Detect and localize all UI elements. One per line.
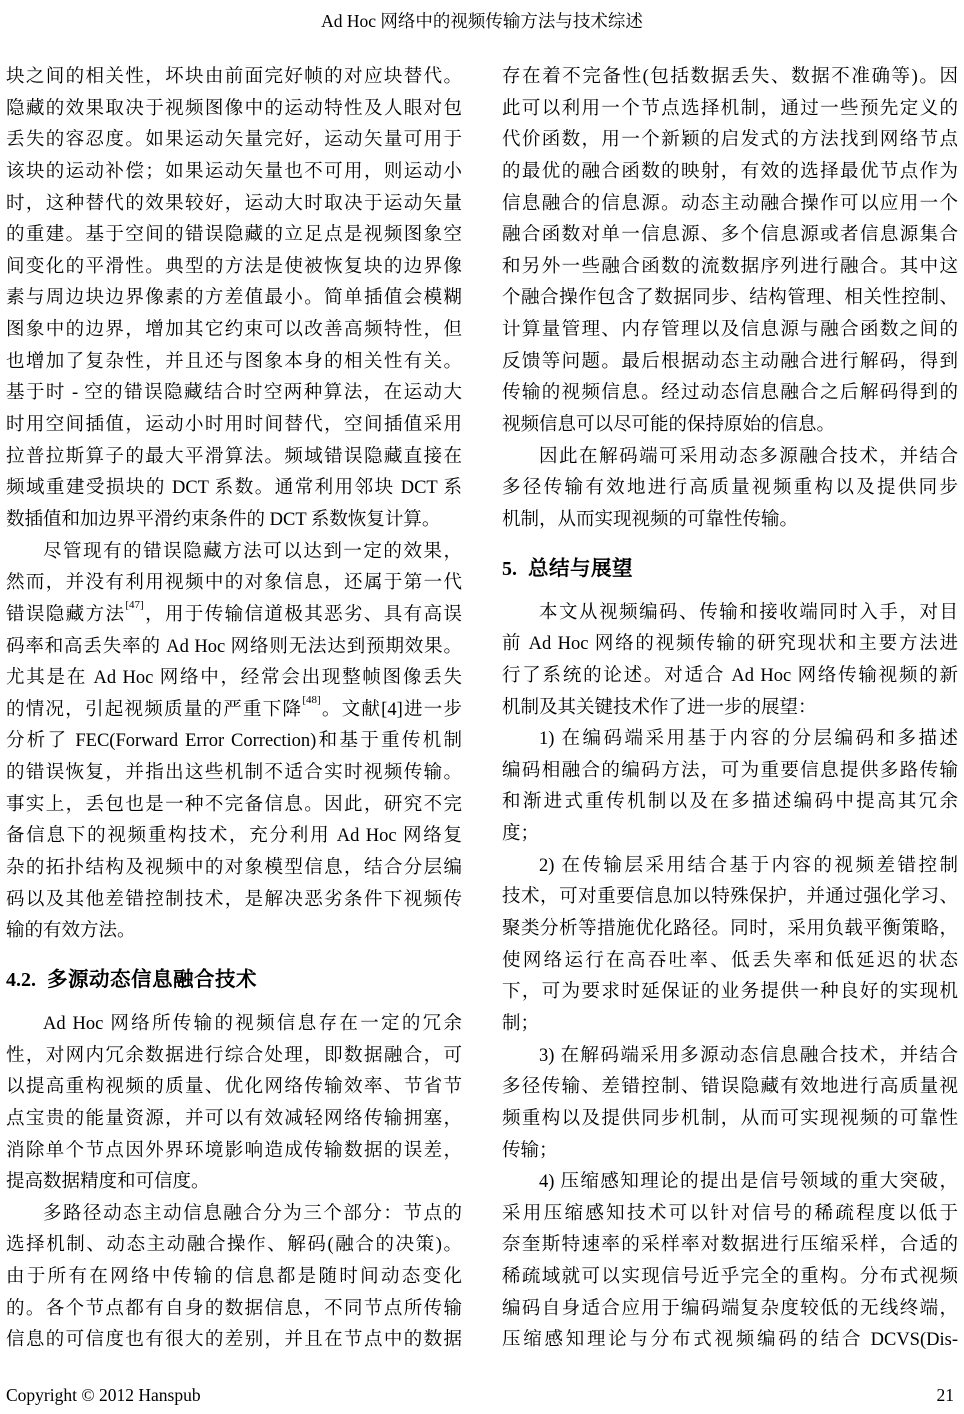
text-line: 行了系统的论述。对适合 Ad Hoc 网络传输视频的新 bbox=[502, 661, 958, 693]
text-line: 输的有效方法。 bbox=[6, 916, 462, 948]
text-line: 因此在解码端可采用动态多源融合技术，并结合 bbox=[502, 442, 958, 474]
text-line: 基于时 - 空的错误隐藏结合时空两种算法，在运动大 bbox=[6, 378, 462, 410]
text-line: 码以及其他差错控制技术，是解决恶劣条件下视频传 bbox=[6, 885, 462, 917]
text-line: 奈奎斯特速率的采样率对数据进行压缩采样，合适的 bbox=[502, 1230, 958, 1262]
text-line: 块之间的相关性，坏块由前面完好帧的对应块替代。 bbox=[6, 62, 462, 94]
text-line: 频重构以及提供同步机制，从而可实现视频的可靠性 bbox=[502, 1104, 958, 1136]
text-line: 的最优的融合函数的映射，有效的选择最优节点作为 bbox=[502, 157, 958, 189]
text-line: 代价函数，用一个新颖的启发式的方法找到网络节点 bbox=[502, 125, 958, 157]
text-line: 该块的运动补偿；如果运动矢量也不可用，则运动小 bbox=[6, 157, 462, 189]
text-line: 此可以利用一个节点选择机制，通过一些预先定义的 bbox=[502, 94, 958, 126]
section-heading: 5.总结与展望 bbox=[502, 554, 958, 584]
text-line: 时用空间插值，运动小时用时间替代，空间插值采用 bbox=[6, 410, 462, 442]
page-footer: Copyright © 2012 Hanspub 21 bbox=[6, 1384, 954, 1406]
text-line: 的重建。基于空间的错误隐藏的立足点是视频图象空 bbox=[6, 220, 462, 252]
text-line: 然而，并没有利用视频中的对象信息，还属于第一代 bbox=[6, 568, 462, 600]
text-line: 传输的视频信息。经过动态信息融合之后解码得到的 bbox=[502, 378, 958, 410]
copyright-notice: Copyright © 2012 Hanspub bbox=[6, 1384, 201, 1406]
text-line: 信息的可信度也有很大的差别，并且在节点中的数据 bbox=[6, 1325, 462, 1357]
text-line: 杂的拓扑结构及视频中的对象模型信息，结合分层编 bbox=[6, 853, 462, 885]
text-line: 丢失的容忍度。如果运动矢量完好，运动矢量可用于 bbox=[6, 125, 462, 157]
text-line: 机制及其关键技术作了进一步的展望： bbox=[502, 693, 958, 725]
paper-page: Ad Hoc 网络中的视频传输方法与技术综述 块之间的相关性，坏块由前面完好帧的… bbox=[0, 0, 964, 1414]
text-line: 多路径动态主动信息融合分为三个部分：节点的 bbox=[6, 1199, 462, 1231]
text-line: 前 Ad Hoc 网络的视频传输的研究现状和主要方法进 bbox=[502, 629, 958, 661]
text-line: 存在着不完备性(包括数据丢失、数据不准确等)。因 bbox=[502, 62, 958, 94]
text-line: 分析了 FEC(Forward Error Correction)和基于重传机制 bbox=[6, 726, 462, 758]
text-line: 多径传输有效地进行高质量视频重构以及提供同步 bbox=[502, 473, 958, 505]
text-line: 的情况，引起视频质量的严重下降[48]。文献[4]进一步 bbox=[6, 695, 462, 727]
text-line: 拉普拉斯算子的最大平滑算法。频域错误隐藏直接在 bbox=[6, 442, 462, 474]
text-line: 消除单个节点因外界环境影响造成传输数据的误差， bbox=[6, 1136, 462, 1168]
section-number: 4.2. bbox=[6, 969, 36, 991]
paragraph: 4) 压缩感知理论的提出是信号领域的重大突破，采用压缩感知技术可以针对信号的稀疏… bbox=[502, 1167, 958, 1357]
text-line: 编码自身适合应用于编码端复杂度较低的无线终端， bbox=[502, 1294, 958, 1326]
page-number: 21 bbox=[937, 1384, 955, 1406]
text-line: 3) 在解码端采用多源动态信息融合技术，并结合 bbox=[502, 1041, 958, 1073]
text-line: 技术，可对重要信息加以特殊保护，并通过强化学习、 bbox=[502, 882, 958, 914]
text-line: 性，对网内冗余数据进行综合处理，即数据融合，可 bbox=[6, 1041, 462, 1073]
paragraph: 尽管现有的错误隐藏方法可以达到一定的效果，然而，并没有利用视频中的对象信息，还属… bbox=[6, 537, 462, 948]
section-title: 多源动态信息融合技术 bbox=[47, 968, 257, 991]
text-line: 机制，从而实现视频的可靠性传输。 bbox=[502, 505, 958, 537]
citation-ref: [47] bbox=[125, 600, 143, 611]
text-line: 视频信息可以尽可能的保持原始的信息。 bbox=[502, 410, 958, 442]
paragraph: 本文从视频编码、传输和接收端同时入手，对目前 Ad Hoc 网络的视频传输的研究… bbox=[502, 598, 958, 725]
text-line: 素与周边块边界像素的方差值最小。简单插值会模糊 bbox=[6, 283, 462, 315]
text-line: 事实上，丢包也是一种不完备信息。因此，研究不完 bbox=[6, 790, 462, 822]
text-line: 图象中的边界，增加其它约束可以改善高频特性，但 bbox=[6, 315, 462, 347]
paragraph: 因此在解码端可采用动态多源融合技术，并结合多径传输有效地进行高质量视频重构以及提… bbox=[502, 442, 958, 537]
text-line: 下，可为要求时延保证的业务提供一种良好的实现机 bbox=[502, 977, 958, 1009]
text-line: Ad Hoc 网络所传输的视频信息存在一定的冗余 bbox=[6, 1009, 462, 1041]
text-line: 码率和高丢失率的 Ad Hoc 网络则无法达到预期效果。 bbox=[6, 632, 462, 664]
text-line: 也增加了复杂性，并且还与图象本身的相关性有关。 bbox=[6, 347, 462, 379]
section-number: 5. bbox=[502, 558, 517, 580]
text-line: 时，这种替代的效果较好，运动大时取决于运动矢量 bbox=[6, 189, 462, 221]
citation-ref: [48] bbox=[302, 695, 320, 706]
text-line: 反馈等问题。最后根据动态主动融合进行解码，得到 bbox=[502, 347, 958, 379]
text-line: 1) 在编码端采用基于内容的分层编码和多描述 bbox=[502, 724, 958, 756]
paragraph: 多路径动态主动信息融合分为三个部分：节点的选择机制、动态主动融合操作、解码(融合… bbox=[6, 1199, 462, 1357]
paragraph: 1) 在编码端采用基于内容的分层编码和多描述编码相融合的编码方法，可为重要信息提… bbox=[502, 724, 958, 851]
text-line: 传输； bbox=[502, 1136, 958, 1168]
paragraph: 块之间的相关性，坏块由前面完好帧的对应块替代。隐藏的效果取决于视频图像中的运动特… bbox=[6, 62, 462, 537]
text-line: 本文从视频编码、传输和接收端同时入手，对目 bbox=[502, 598, 958, 630]
text-line: 稀疏域就可以实现信号近乎完全的重构。分布式视频 bbox=[502, 1262, 958, 1294]
text-line: 点宝贵的能量资源，并可以有效减轻网络传输拥塞， bbox=[6, 1104, 462, 1136]
left-column: 块之间的相关性，坏块由前面完好帧的对应块替代。隐藏的效果取决于视频图像中的运动特… bbox=[6, 62, 462, 1357]
paragraph: 2) 在传输层采用结合基于内容的视频差错控制技术，可对重要信息加以特殊保护，并通… bbox=[502, 851, 958, 1041]
text-line: 个融合操作包含了数据同步、结构管理、相关性控制、 bbox=[502, 283, 958, 315]
text-line: 和渐进式重传机制以及在多描述编码中提高其冗余 bbox=[502, 787, 958, 819]
paragraph: Ad Hoc 网络所传输的视频信息存在一定的冗余性，对网内冗余数据进行综合处理，… bbox=[6, 1009, 462, 1199]
text-line: 计算量管理、内存管理以及信息源与融合函数之间的 bbox=[502, 315, 958, 347]
text-line: 压缩感知理论与分布式视频编码的结合 DCVS(Dis- bbox=[502, 1325, 958, 1357]
paragraph: 存在着不完备性(包括数据丢失、数据不准确等)。因此可以利用一个节点选择机制，通过… bbox=[502, 62, 958, 442]
text-line: 尽管现有的错误隐藏方法可以达到一定的效果， bbox=[6, 537, 462, 569]
text-line: 和另外一些融合函数的流数据序列进行融合。其中这 bbox=[502, 252, 958, 284]
text-line: 数插值和加边界平滑约束条件的 DCT 系数恢复计算。 bbox=[6, 505, 462, 537]
paragraph: 3) 在解码端采用多源动态信息融合技术，并结合多径传输、差错控制、错误隐藏有效地… bbox=[502, 1041, 958, 1168]
text-line: 聚类分析等措施优化路径。同时，采用负载平衡策略， bbox=[502, 914, 958, 946]
text-line: 制； bbox=[502, 1009, 958, 1041]
section-heading: 4.2.多源动态信息融合技术 bbox=[6, 965, 462, 995]
text-line: 度； bbox=[502, 819, 958, 851]
text-line: 尤其是在 Ad Hoc 网络中，经常会出现整帧图像丢失 bbox=[6, 663, 462, 695]
text-line: 间变化的平滑性。典型的方法是使被恢复块的边界像 bbox=[6, 252, 462, 284]
text-line: 以提高重构视频的质量、优化网络传输效率、节省节 bbox=[6, 1072, 462, 1104]
text-line: 选择机制、动态主动融合操作、解码(融合的决策)。 bbox=[6, 1230, 462, 1262]
text-line: 信息融合的信息源。动态主动融合操作可以应用一个 bbox=[502, 189, 958, 221]
paper-title: Ad Hoc 网络中的视频传输方法与技术综述 bbox=[321, 11, 643, 31]
text-line: 隐藏的效果取决于视频图像中的运动特性及人眼对包 bbox=[6, 94, 462, 126]
text-line: 错误隐藏方法[47]，用于传输信道极其恶劣、具有高误 bbox=[6, 600, 462, 632]
text-line: 采用压缩感知技术可以针对信号的稀疏程度以低于 bbox=[502, 1199, 958, 1231]
text-line: 的。各个节点都有自身的数据信息，不同节点所传输 bbox=[6, 1294, 462, 1326]
right-column: 存在着不完备性(包括数据丢失、数据不准确等)。因此可以利用一个节点选择机制，通过… bbox=[502, 62, 958, 1357]
text-line: 的错误恢复，并指出这些机制不适合实时视频传输。 bbox=[6, 758, 462, 790]
text-line: 融合函数对单一信息源、多个信息源或者信息源集合 bbox=[502, 220, 958, 252]
text-line: 编码相融合的编码方法，可为重要信息提供多路传输 bbox=[502, 756, 958, 788]
two-column-body: 块之间的相关性，坏块由前面完好帧的对应块替代。隐藏的效果取决于视频图像中的运动特… bbox=[0, 62, 964, 1357]
text-line: 提高数据精度和可信度。 bbox=[6, 1167, 462, 1199]
text-line: 备信息下的视频重构技术，充分利用 Ad Hoc 网络复 bbox=[6, 821, 462, 853]
running-head: Ad Hoc 网络中的视频传输方法与技术综述 bbox=[0, 0, 964, 32]
text-line: 4) 压缩感知理论的提出是信号领域的重大突破， bbox=[502, 1167, 958, 1199]
text-line: 使网络运行在高吞吐率、低丢失率和低延迟的状态 bbox=[502, 946, 958, 978]
text-line: 频域重建受损块的 DCT 系数。通常利用邻块 DCT 系 bbox=[6, 473, 462, 505]
text-line: 由于所有在网络中传输的信息都是随时间动态变化 bbox=[6, 1262, 462, 1294]
text-line: 多径传输、差错控制、错误隐藏有效地进行高质量视 bbox=[502, 1072, 958, 1104]
text-line: 2) 在传输层采用结合基于内容的视频差错控制 bbox=[502, 851, 958, 883]
section-title: 总结与展望 bbox=[528, 557, 633, 580]
